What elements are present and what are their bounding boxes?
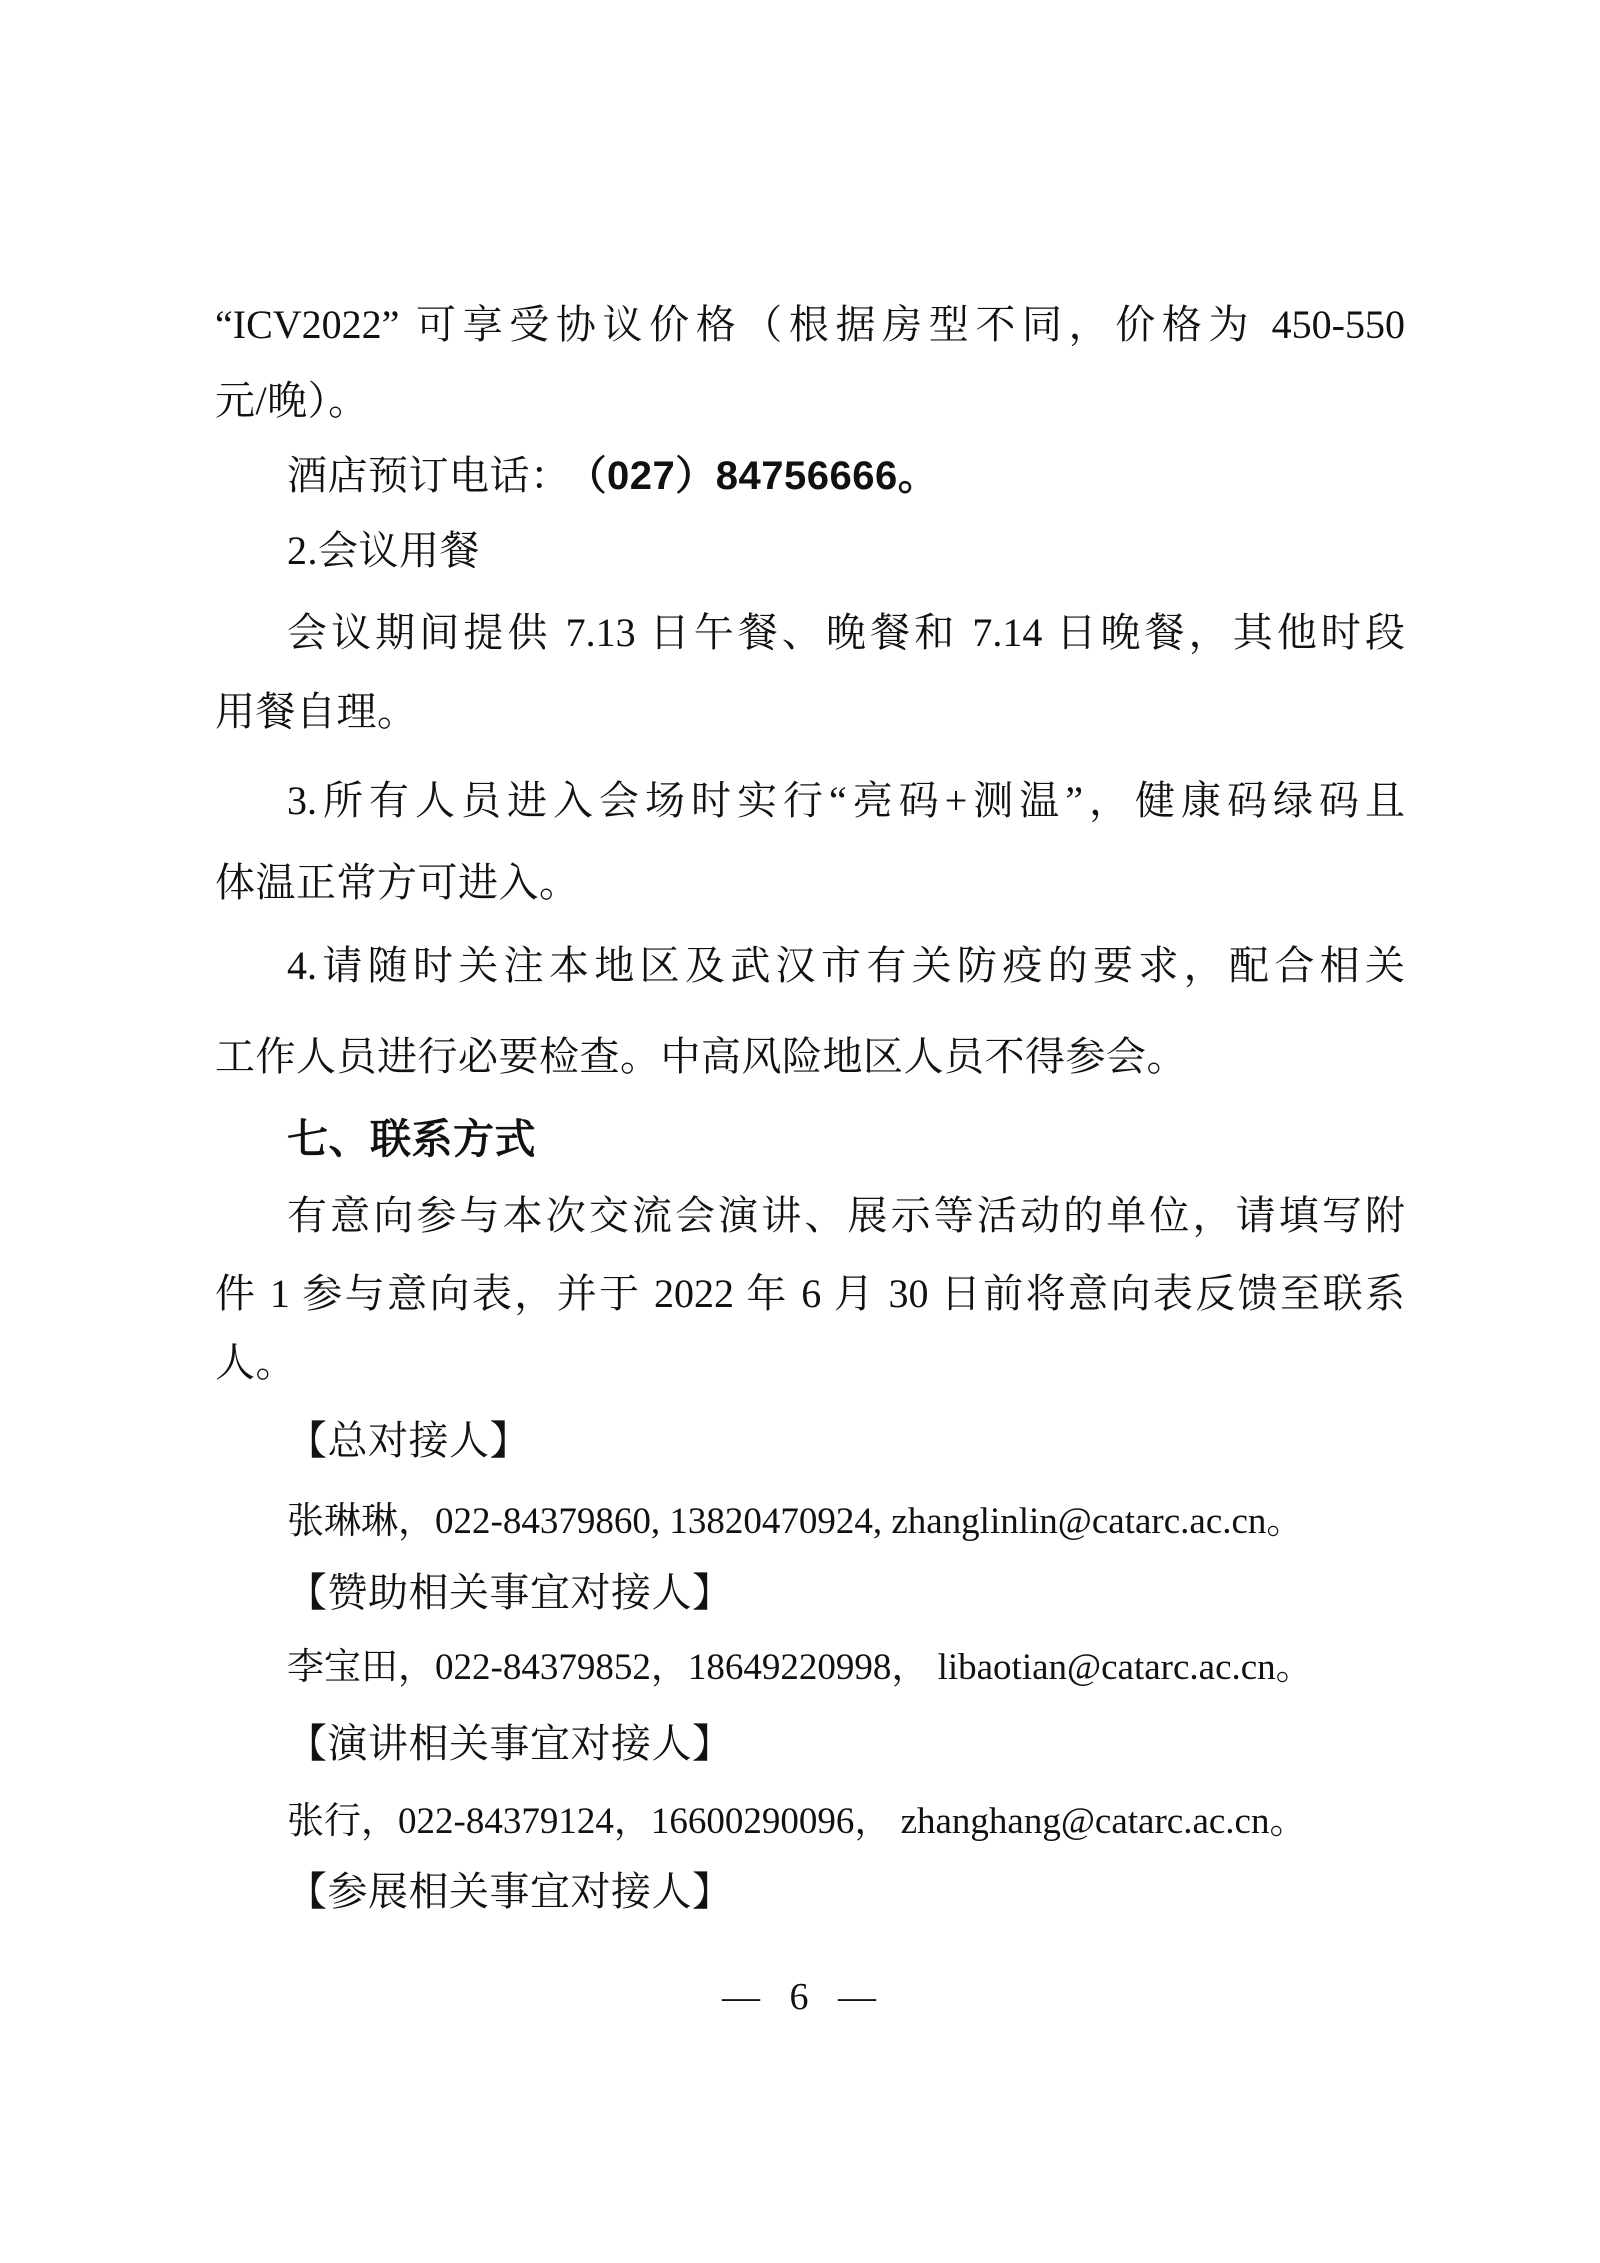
item-entry-check-line-2: 体温正常方可进入。 — [215, 858, 580, 908]
contact-line-zhanglinlin: 张琳琳，022-84379860, 13820470924, zhanglinl… — [287, 1497, 1303, 1547]
contact-intro-line-1: 有意向参与本次交流会演讲、展示等活动的单位，请填写附 — [287, 1191, 1405, 1241]
hotel-phone-number: （027）84756666。 — [587, 454, 939, 498]
bracket-heading-exhibit-contact: 【参展相关事宜对接人】 — [287, 1867, 733, 1917]
hotel-phone-label: 酒店预订电话： — [287, 453, 571, 498]
hotel-booking-phone-line: 酒店预订电话：（027）84756666。 — [287, 451, 938, 501]
contact-line-libaotian: 李宝田，022-84379852，18649220998， libaotian@… — [287, 1643, 1313, 1693]
item-meals-body-line-2: 用餐自理。 — [215, 687, 418, 737]
hotel-price-line-1: “ICV2022” 可享受协议价格（根据房型不同，价格为 450-550 — [215, 300, 1405, 350]
bracket-heading-speech-contact: 【演讲相关事宜对接人】 — [287, 1719, 733, 1769]
item-entry-check-line-1: 3.所有人员进入会场时实行“亮码+测温”，健康码绿码且 — [287, 776, 1405, 826]
item-meals-body-line-1: 会议期间提供 7.13 日午餐、晚餐和 7.14 日晚餐，其他时段 — [287, 608, 1405, 658]
hotel-price-line-2: 元/晚）。 — [215, 376, 369, 426]
contact-line-zhanghang: 张行，022-84379124，16600290096， zhanghang@c… — [287, 1797, 1306, 1847]
document-page: “ICV2022” 可享受协议价格（根据房型不同，价格为 450-550 元/晚… — [0, 0, 1600, 2263]
item-epidemic-line-1: 4.请随时关注本地区及武汉市有关防疫的要求，配合相关 — [287, 941, 1405, 991]
contact-intro-line-2: 件 1 参与意向表，并于 2022 年 6 月 30 日前将意向表反馈至联系 — [215, 1269, 1405, 1319]
contact-intro-line-3: 人。 — [215, 1338, 296, 1388]
page-number: — 6 — — [0, 1975, 1600, 2019]
bracket-heading-sponsor-contact: 【赞助相关事宜对接人】 — [287, 1568, 733, 1618]
section-heading-contact: 七、联系方式 — [287, 1114, 536, 1164]
item-epidemic-line-2: 工作人员进行必要检查。中高风险地区人员不得参会。 — [215, 1032, 1187, 1082]
item-meals-title-line: 2.会议用餐 — [287, 526, 480, 576]
bracket-heading-general-contact: 【总对接人】 — [287, 1416, 530, 1466]
